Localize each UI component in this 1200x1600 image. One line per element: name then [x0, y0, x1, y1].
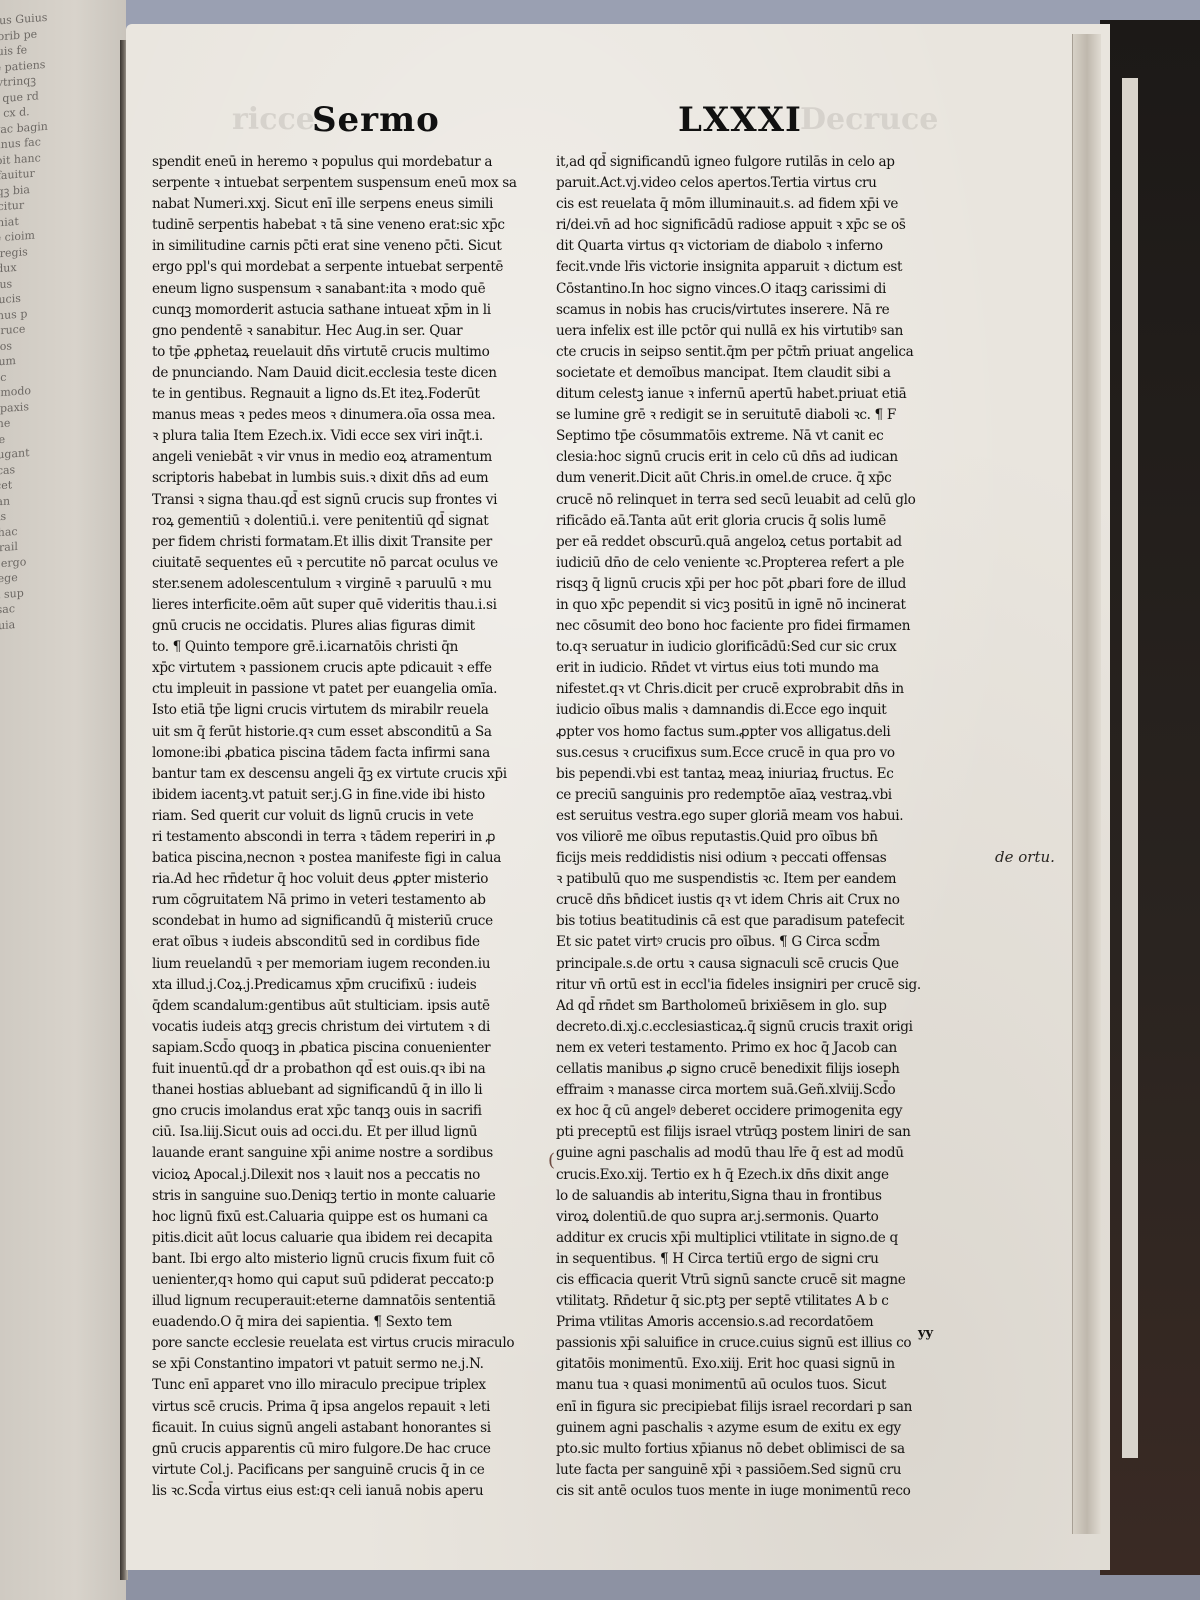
text-line: Transi ꝛ signa thau.qd̄ est signū crucis…	[152, 490, 544, 511]
left-page-edge: ui tipus Guiusr aurorib peure tuis fecru…	[0, 0, 126, 1600]
text-line: Tunc enī apparet vno illo miraculo preci…	[152, 1375, 544, 1396]
text-line: lomone:ibi ꝓbatica piscina tādem facta i…	[152, 743, 544, 764]
text-line: gno crucis imolandus erat xp̄c tanqꝫ oui…	[152, 1101, 544, 1122]
text-line: Isto etiā tp̄e ligni crucis virtutem ds …	[152, 700, 544, 721]
text-line: scondebat in humo ad significandū q̄ mis…	[152, 911, 544, 932]
signature-mark: yy	[918, 1326, 933, 1341]
book-cover-board	[1100, 20, 1200, 1575]
text-line: pti preceptū est filijs israel vtrūqꝫ po…	[556, 1122, 958, 1143]
text-line: iudiciū dn̄o de celo veniente ꝛc.Propter…	[556, 553, 958, 574]
text-line: principale.s.de ortu ꝛ causa signaculi s…	[556, 954, 958, 975]
text-line: lauande erant sanguine xp̄i anime nostre…	[152, 1143, 544, 1164]
text-line: est seruitus vestra.ego super gloriā mea…	[556, 806, 958, 827]
text-line: cis est reuelata q̄ mōm illuminauit.s. a…	[556, 194, 958, 215]
text-line: crucē nō relinquet in terra sed secū leu…	[556, 490, 958, 511]
text-line: per fidem christi formatam.Et illis dixi…	[152, 532, 544, 553]
text-line: effraim ꝛ manasse circa mortem suā.Geñ.x…	[556, 1080, 958, 1101]
text-line: hoc lignū fixū est.Caluaria quippe est o…	[152, 1207, 544, 1228]
text-line: iudicio oībus malis ꝛ damnandis di.Ecce …	[556, 700, 958, 721]
text-line: ꝛ plura talia Item Ezech.ix. Vidi ecce s…	[152, 426, 544, 447]
text-line: lium reuelandū ꝛ per memoriam iugem reco…	[152, 954, 544, 975]
text-line: sapiam.Scd̄o quoqꝫ in ꝓbatica piscina co…	[152, 1038, 544, 1059]
text-line: ficauit. In cuius signū angeli astabant …	[152, 1418, 544, 1439]
manuscript-bracket-mark: (	[548, 1150, 555, 1171]
show-through-heading-right: Decruce	[800, 102, 938, 137]
text-line: nec cōsumit deo bono hoc faciente pro fi…	[556, 616, 958, 637]
text-line: dum venerit.Dicit aūt Chris.in omel.de c…	[556, 468, 958, 489]
text-line: viroꝝ dolentiū.de quo supra ar.j.sermoni…	[556, 1207, 958, 1228]
text-line: virtus scē crucis. Prima q̄ ipsa angelos…	[152, 1397, 544, 1418]
running-head-title: Sermo	[312, 100, 440, 140]
text-line: cellatis manibus ꝓ signo crucē benedixit…	[556, 1059, 958, 1080]
text-line: manus meas ꝛ pedes meos ꝛ dinumera.oīa o…	[152, 405, 544, 426]
text-line: roꝝ gementiū ꝛ dolentiū.i. vere penitent…	[152, 511, 544, 532]
text-line: ꝓpter vos homo factus sum.ꝓpter vos alli…	[556, 722, 958, 743]
text-line: tudinē serpentis habebat ꝛ tā sine venen…	[152, 215, 544, 236]
text-line: se xp̄i Constantino impatori vt patuit s…	[152, 1354, 544, 1375]
text-line: te in gentibus. Regnauit a ligno ds.Et i…	[152, 384, 544, 405]
text-line: in sequentibus. ¶ H Circa tertiū ergo de…	[556, 1249, 958, 1270]
text-line: bis pependi.vbi est tantaꝝ meaꝝ iniuriaꝝ…	[556, 764, 958, 785]
text-line: ciuitatē sequentes eū ꝛ percutite nō par…	[152, 553, 544, 574]
text-line: crucē dn̄s bn̄dicet iustis qꝛ vt idem Ch…	[556, 890, 958, 911]
text-line: ficijs meis reddidistis nisi odium ꝛ pec…	[556, 848, 958, 869]
text-line: lute facta per sanguinē xp̄i ꝛ passiōem.…	[556, 1460, 958, 1481]
text-line: uit sm q̄ ferūt historie.qꝛ cum esset ab…	[152, 722, 544, 743]
text-line: passionis xp̄i saluifice in cruce.cuius …	[556, 1333, 958, 1354]
text-line: pitis.dicit aūt locus caluarie qua ibide…	[152, 1228, 544, 1249]
text-line: se lumine grē ꝛ redigit se in seruitutē …	[556, 405, 958, 426]
text-line: Ad qd̄ rn̄det sm Bartholomeū brixiēsem i…	[556, 996, 958, 1017]
text-line: ditum celestꝫ ianue ꝛ infernū apertū hab…	[556, 384, 958, 405]
text-line: rificādo eā.Tanta aūt erit gloria crucis…	[556, 511, 958, 532]
text-line: batica piscina,necnon ꝛ postea manifeste…	[152, 848, 544, 869]
text-line: serpente ꝛ intuebat serpentem suspensum …	[152, 173, 544, 194]
text-line: stris in sanguine suo.Deniqꝫ tertio in m…	[152, 1186, 544, 1207]
text-line: guine agni paschalis ad modū thau lr̄e q…	[556, 1143, 958, 1164]
text-line: spendit eneū in heremo ꝛ populus qui mor…	[152, 152, 544, 173]
text-line: gnū crucis ne occidatis. Plures alias fi…	[152, 616, 544, 637]
show-through-heading-left: ricce	[232, 102, 315, 137]
text-line: ꝛ patibulū quo me suspendistis ꝛc. Item …	[556, 869, 958, 890]
text-line: Septimo tp̄e cōsummatōis extreme. Nā vt …	[556, 426, 958, 447]
text-line: virtute Col.j. Pacificans per sanguinē c…	[152, 1460, 544, 1481]
text-line: in similitudine carnis pc̄ti erat sine v…	[152, 236, 544, 257]
text-line: xp̄c virtutem ꝛ passionem crucis apte pd…	[152, 658, 544, 679]
text-line: ergo ppl's qui mordebat a serpente intue…	[152, 257, 544, 278]
text-line: pto.sic multo fortius xp̄ianus nō debet …	[556, 1439, 958, 1460]
text-line: nem ex veteri testamento. Primo ex hoc q…	[556, 1038, 958, 1059]
text-line: uenienter,qꝛ homo qui caput suū pdiderat…	[152, 1270, 544, 1291]
text-line: ctu impleuit in passione vt patet per eu…	[152, 679, 544, 700]
text-line: ciū. Isa.liij.Sicut ouis ad occi.du. Et …	[152, 1122, 544, 1143]
text-line: lieres interficite.oēm aūt super quē vid…	[152, 595, 544, 616]
text-line: to. ¶ Quinto tempore grē.i.icarnatōis ch…	[152, 637, 544, 658]
text-line: illud lignum recuperauit:eterne damnatōi…	[152, 1291, 544, 1312]
text-line: thanei hostias abluebant ad significandū…	[152, 1080, 544, 1101]
text-column-left: spendit eneū in heremo ꝛ populus qui mor…	[152, 152, 544, 1502]
text-line: sus.cesus ꝛ crucifixus sum.Ecce crucē in…	[556, 743, 958, 764]
text-line: ritur vn̄ ortū est in eccl'ia fideles in…	[556, 975, 958, 996]
text-line: Prima vtilitas Amoris accensio.s.ad reco…	[556, 1312, 958, 1333]
text-line: bantur tam ex descensu angeli q̄ꝫ ex vir…	[152, 764, 544, 785]
folio-number: LXXXI	[678, 100, 802, 140]
text-line: Et sic patet virtꝰ crucis pro oībus. ¶ G…	[556, 932, 958, 953]
text-line: euadendo.O q̄ mira dei sapientia. ¶ Sext…	[152, 1312, 544, 1333]
text-line: vos viliorē me oībus reputastis.Quid pro…	[556, 827, 958, 848]
text-line: ibidem iacentꝫ.vt patuit ser.j.G in fine…	[152, 785, 544, 806]
marginal-annotation: de ortu.	[995, 848, 1055, 866]
text-line: manu tua ꝛ quasi monimentū aū oculos tuo…	[556, 1375, 958, 1396]
left-page-text-fragment: ui tipus Guiusr aurorib peure tuis fecru…	[0, 5, 120, 1595]
text-column-right: it,ad qd̄ significandū igneo fulgore rut…	[556, 152, 958, 1502]
text-line: pore sancte ecclesie reuelata est virtus…	[152, 1333, 544, 1354]
text-line: angeli veniebāt ꝛ vir vnus in medio eoꝝ …	[152, 447, 544, 468]
text-line: risqꝫ q̄ lignū crucis xp̄i per hoc pōt ꝓ…	[556, 574, 958, 595]
text-line: lis ꝛc.Scd̄a virtus eius est:qꝛ celi ian…	[152, 1481, 544, 1502]
text-line: erit in iudicio. Rn̄det vt virtus eius t…	[556, 658, 958, 679]
text-line: it,ad qd̄ significandū igneo fulgore rut…	[556, 152, 958, 173]
text-line: decreto.di.xj.c.ecclesiasticaꝝ.q̄ signū …	[556, 1017, 958, 1038]
text-line: q̄dem scandalum:gentibus aūt stulticiam.…	[152, 996, 544, 1017]
text-line: scriptoris habebat in lumbis suis.ꝛ dixi…	[152, 468, 544, 489]
text-line: crucis.Exo.xij. Tertio ex h q̄ Ezech.ix …	[556, 1165, 958, 1186]
text-line: nifestet.qꝛ vt Chris.dicit per crucē exp…	[556, 679, 958, 700]
text-line: cis efficacia querit Vtrū signū sancte c…	[556, 1270, 958, 1291]
text-line: in quo xp̄c pependit si vicꝫ positū in i…	[556, 595, 958, 616]
text-line: fecit.vnde lr̄is victorie insignita appa…	[556, 257, 958, 278]
text-line: bant. Ibi ergo alto misterio lignū cruci…	[152, 1249, 544, 1270]
text-line: nabat Numeri.xxj. Sicut enī ille serpens…	[152, 194, 544, 215]
text-line: gnū crucis apparentis cū miro fulgore.De…	[152, 1439, 544, 1460]
text-line: ri/dei.vn̄ ad hoc significādū radiose ap…	[556, 215, 958, 236]
text-line: to.qꝛ seruatur in iudicio glorificādū:Se…	[556, 637, 958, 658]
text-line: paruit.Act.vj.video celos apertos.Tertia…	[556, 173, 958, 194]
page-fore-edge	[1072, 34, 1101, 1534]
text-line: scamus in nobis has crucis/virtutes inse…	[556, 300, 958, 321]
text-line: vicioꝝ Apocal.j.Dilexit nos ꝛ lauit nos …	[152, 1165, 544, 1186]
text-line: per eā reddet obscurū.quā angeloꝝ cetus …	[556, 532, 958, 553]
text-line: ster.senem adolescentulum ꝛ virginē ꝛ pa…	[152, 574, 544, 595]
text-line: enī in figura sic precipiebat filijs isr…	[556, 1397, 958, 1418]
text-line: guinem agni paschalis ꝛ azyme esum de ex…	[556, 1418, 958, 1439]
text-line: cte crucis in seipso sentit.q̄m per pc̄t…	[556, 342, 958, 363]
text-line: additur ex crucis xp̄i multiplici vtilit…	[556, 1228, 958, 1249]
text-line: cis sit antē oculos tuos mente in iuge m…	[556, 1481, 958, 1502]
text-line: gitatōis monimentū. Exo.xiij. Erit hoc q…	[556, 1354, 958, 1375]
backdrop-bottom	[0, 1570, 1200, 1600]
text-line: eneum ligno suspensum ꝛ sanabant:ita ꝛ m…	[152, 279, 544, 300]
text-line: riam. Sed querit cur voluit ds lignū cru…	[152, 806, 544, 827]
text-line: Cōstantino.In hoc signo vinces.O itaqꝫ c…	[556, 279, 958, 300]
text-line: uera infelix est ille pctōr qui nullā ex…	[556, 321, 958, 342]
text-line: dit Quarta virtus qꝛ victoriam de diabol…	[556, 236, 958, 257]
text-line: de pnunciando. Nam Dauid dicit.ecclesia …	[152, 363, 544, 384]
text-line: gno pendentē ꝛ sanabitur. Hec Aug.in ser…	[152, 321, 544, 342]
text-line: societate et demoībus mancipat. Item cla…	[556, 363, 958, 384]
text-line: clesia:hoc signū crucis erit in celo cū …	[556, 447, 958, 468]
text-line: xta illud.j.Coꝝ.j.Predicamus xp̄m crucif…	[152, 975, 544, 996]
text-line: ria.Ad hec rn̄detur q̄ hoc voluit deus ꝓ…	[152, 869, 544, 890]
cover-pastedown	[1122, 78, 1138, 1458]
text-line: cunqꝫ momorderit astucia sathane intueat…	[152, 300, 544, 321]
text-line: ex hoc q̄ cū angelꝰ deberet occidere pri…	[556, 1101, 958, 1122]
text-line: vocatis iudeis atqꝫ grecis christum dei …	[152, 1017, 544, 1038]
text-line: rum cōgruitatem Nā primo in veteri testa…	[152, 890, 544, 911]
text-line: bis totius beatitudinis cā est que parad…	[556, 911, 958, 932]
text-line: ri testamento abscondi in terra ꝛ tādem …	[152, 827, 544, 848]
text-line: ce preciū sanguinis pro redemptōe aīaꝝ v…	[556, 785, 958, 806]
text-line: to tp̄e ꝓphetaꝝ reuelauit dn̄s virtutē c…	[152, 342, 544, 363]
text-line: erat oībus ꝛ iudeis absconditū sed in co…	[152, 932, 544, 953]
text-line: vtilitatꝫ. Rn̄detur q̄ sic.ptꝫ per septē…	[556, 1291, 958, 1312]
text-line: lo de saluandis ab interitu,Signa thau i…	[556, 1186, 958, 1207]
text-line: fuit inuentū.qd̄ dr a probathon qd̄ est …	[152, 1059, 544, 1080]
